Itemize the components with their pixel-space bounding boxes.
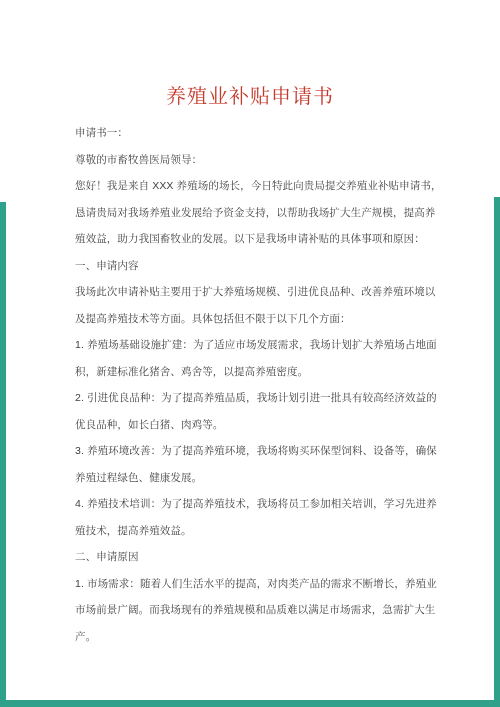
section-heading-line: 二、申请原因 [75,544,437,571]
document-line: 市场前景广阔。而我场现有的养殖规模和品质难以满足市场需求，急需扩大生 [75,597,437,624]
document-body: 申请书一： 尊敬的市畜牧兽医局领导： 您好！我是来自 XXX 养殖场的场长，今日… [75,120,437,650]
document-line: 2. 引进优良品种：为了提高养殖品质，我场计划引进一批具有较高经济效益的 [75,385,437,412]
document-line: 4. 养殖技术培训：为了提高养殖技术，我场将员工参加相关培训，学习先进养 [75,491,437,518]
document-line: 恳请贵局对我场养殖业发展给予资金支持，以帮助我场扩大生产规模，提高养 [75,200,437,227]
document-line: 产。 [75,624,437,651]
section-heading-line: 一、申请内容 [75,253,437,280]
document-line: 您好！我是来自 XXX 养殖场的场长，今日特此向贵局提交养殖业补贴申请书， [75,173,437,200]
document-line: 1. 市场需求：随着人们生活水平的提高，对肉类产品的需求不断增长，养殖业 [75,571,437,598]
document-line: 尊敬的市畜牧兽医局领导： [75,147,437,174]
document-line: 殖技术，提高养殖效益。 [75,518,437,545]
document-line: 积，新建标准化猪舍、鸡舍等，以提高养殖密度。 [75,359,437,386]
document-line: 及提高养殖技术等方面。具体包括但不限于以下几个方面： [75,306,437,333]
page-border-right [494,197,500,707]
document-line: 养殖过程绿色、健康发展。 [75,465,437,492]
page-border-left [0,202,6,707]
page-border-bottom [0,700,500,707]
document-page: 养殖业补贴申请书 申请书一： 尊敬的市畜牧兽医局领导： 您好！我是来自 XXX … [0,0,500,707]
document-line: 1. 养殖场基础设施扩建：为了适应市场发展需求，我场计划扩大养殖场占地面 [75,332,437,359]
document-title: 养殖业补贴申请书 [0,80,500,109]
document-line: 我场此次申请补贴主要用于扩大养殖场规模、引进优良品种、改善养殖环境以 [75,279,437,306]
document-line: 申请书一： [75,120,437,147]
document-line: 优良品种，如长白猪、肉鸡等。 [75,412,437,439]
document-line: 3. 养殖环境改善：为了提高养殖环境，我场将购买环保型饲料、设备等，确保 [75,438,437,465]
document-line: 殖效益，助力我国畜牧业的发展。以下是我场申请补贴的具体事项和原因： [75,226,437,253]
